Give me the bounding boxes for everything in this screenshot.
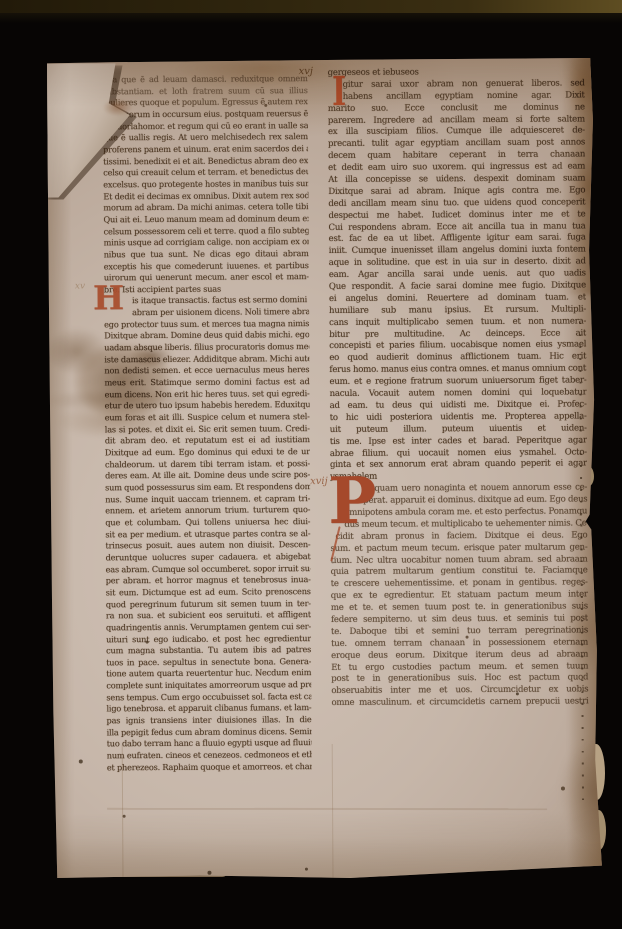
manuscript-line: nibus que tua sunt. Ne dicas ego ditaui … [104,248,309,261]
leaf-surface: oba que ē ad leuam damasci. reduxitque o… [42,54,605,879]
manuscript-line: pas ignis transiens inter diuisiones ill… [107,714,312,727]
manuscript-line: et pherezeos. Raphaim quoque et amorreos… [107,761,312,774]
manuscript-line: complete sunt iniquitates amorreorum usq… [106,679,311,692]
manuscript-line: quadringentis annis. Verumptamen gentem … [106,621,311,634]
manuscript-line: uirorum qui uenerunt mecum. aner escol e… [104,271,309,284]
right-edge-stain [542,54,601,294]
manuscript-leaf: oba que ē ad leuam damasci. reduxitque o… [45,56,603,878]
ink-specks [42,58,44,60]
manuscript-line: num eufraten. cineos et cenezeos. cedmon… [107,749,312,762]
manuscript-line: sit eum. Dictumque est ad eum. Scito pre… [106,586,311,599]
rubric-initial-p: P [328,470,377,534]
chapter-number-xvij: xvij [310,476,328,487]
chapter-number-xv: xv [75,281,85,291]
top-edge-stain [161,60,371,91]
manuscript-line: que et columbam. Qui tollens uniuersa he… [105,516,310,529]
water-stain [19,302,198,491]
manuscript-line: excelsus. quo protegente hostes in manib… [103,178,308,191]
lower-right-stain [515,534,605,855]
ruling-line [332,744,334,916]
parchment-crease [107,808,547,810]
manuscript-line: uit puteum illum. puteum uiuentis et uid… [330,423,587,436]
manuscript-line: tis me. Ipse est inter cades et barad. P… [330,435,587,448]
manuscript-line: minis usque ad corrigiam calige. non acc… [104,236,309,249]
manuscript-line: cum magna substantia. Tu autem ibis ad p… [106,644,311,657]
manuscript-line: deruntque uolucres super cadauera. et ab… [106,551,311,564]
table-edge [0,0,622,13]
table-edge-shadow [0,13,622,23]
photo-backdrop: oba que ē ad leuam damasci. reduxitque o… [0,0,622,929]
manuscript-line: proferens panem et uinum. erat enim sace… [103,143,308,156]
manuscript-line: Qui ait ei. Leuo manum meam ad dominum d… [103,213,308,226]
manuscript-line: cans inquit multiplicabo semen tuum. et … [329,316,586,329]
corner-fold-crease [101,97,135,117]
manuscript-line: ra non sua. et subicient eos seruituti. … [106,609,311,622]
